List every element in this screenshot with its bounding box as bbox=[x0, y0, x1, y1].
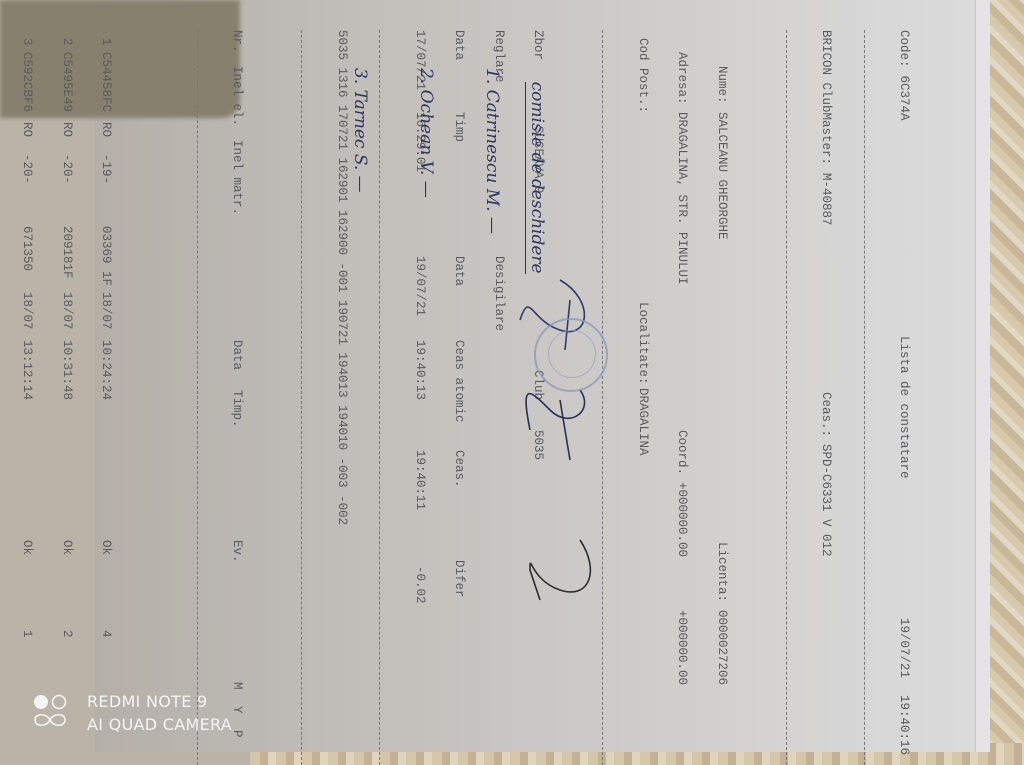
background-tablecloth bbox=[984, 0, 1024, 765]
coord-label: Coord. bbox=[675, 430, 688, 475]
cell-inel-el: C54458FC bbox=[99, 52, 112, 112]
divider bbox=[301, 30, 302, 765]
coord-lon: +000000.00 bbox=[675, 610, 688, 685]
report-header: Code: 6C374A Lista de constatare 19/07/2… bbox=[897, 30, 910, 765]
coord-lat: +000000.00 bbox=[675, 482, 688, 557]
name-label: Nume: bbox=[715, 66, 728, 104]
table-row: 1 C54458FC RO -19- 03369 1F 18/07 10:24:… bbox=[99, 30, 112, 765]
cell-inel-el: C592CBF6 bbox=[20, 52, 33, 112]
difer-label: Difer bbox=[452, 560, 465, 598]
locality-value: DRAGALINA bbox=[636, 388, 649, 456]
print-date: 19/07/21 bbox=[897, 618, 910, 678]
clock-label: Ceas.: bbox=[819, 392, 832, 437]
cell-matr: 03369 1F bbox=[99, 226, 112, 286]
cell-data: 18/07 bbox=[60, 292, 73, 330]
clubmaster-label: BRICON ClubMaster: bbox=[819, 30, 832, 165]
license-label: Licenta: bbox=[715, 542, 728, 602]
report-title: Lista de constatare bbox=[897, 336, 910, 479]
cell-year: -19- bbox=[99, 154, 112, 184]
ceas: 19:40:11 bbox=[412, 450, 425, 510]
paper-edge bbox=[975, 0, 990, 752]
handwritten-member: 3. Tarnec S. — bbox=[349, 60, 371, 274]
table-row: 3 C592CBF6 RO -20- 671350 18/07 13:12:14… bbox=[20, 30, 33, 765]
watermark-text: REDMI NOTE 9 AI QUAD CAMERA bbox=[87, 690, 232, 736]
cell-country: RO bbox=[99, 122, 112, 137]
stamp-inner-ring bbox=[548, 330, 596, 378]
owner-name-line: Nume: SALCEANU GHEORGHE Licenta: 0000027… bbox=[715, 30, 728, 765]
difer: -0.02 bbox=[412, 566, 425, 604]
cell-country: RO bbox=[60, 122, 73, 137]
crescator-signature bbox=[520, 530, 600, 610]
col-timp: Timp. bbox=[230, 390, 243, 428]
cell-inel-el: C5495E49 bbox=[60, 52, 73, 112]
cell-m: 4 bbox=[99, 630, 112, 638]
col-data: Data bbox=[230, 340, 243, 370]
cell-m: 2 bbox=[60, 630, 73, 638]
divider bbox=[602, 30, 603, 765]
cell-timp: 10:31:48 bbox=[60, 340, 73, 400]
divider bbox=[786, 30, 787, 765]
cell-nr: 2 bbox=[60, 38, 73, 46]
cell-year: -20- bbox=[20, 154, 33, 184]
watermark-model: REDMI NOTE 9 bbox=[87, 690, 232, 713]
printed-report: Code: 6C374A Lista de constatare 19/07/2… bbox=[540, 30, 950, 765]
address-value: DRAGALINA, STR. PINULUI bbox=[675, 112, 688, 285]
col-inel-matr: Inel matr. bbox=[230, 140, 243, 215]
cell-nr: 3 bbox=[20, 38, 33, 46]
cell-m: 1 bbox=[20, 630, 33, 638]
owner-postal-line: Cod Post.: Localitate: DRAGALINA bbox=[636, 30, 649, 765]
cell-matr: 671350 bbox=[20, 226, 33, 271]
code-label: Code: bbox=[897, 30, 910, 68]
locality-label: Localitate: bbox=[636, 302, 649, 385]
cell-year: -20- bbox=[60, 154, 73, 184]
clock-value: SPD-C6331 V 012 bbox=[819, 444, 832, 557]
ceas-atomic: 19:40:13 bbox=[412, 340, 425, 400]
address-label: Adresa: bbox=[675, 52, 688, 105]
cell-matr: 209181F bbox=[60, 226, 73, 279]
owner-address-line: Adresa: DRAGALINA, STR. PINULUI Coord. +… bbox=[675, 30, 688, 765]
cell-ev: Ok bbox=[20, 540, 33, 555]
handwritten-member: 1. Catrinescu M. — bbox=[481, 60, 503, 274]
cell-timp: 13:12:14 bbox=[20, 340, 33, 400]
table-header: Nr. Inel el. Inel matr. Data Timp. Ev. M… bbox=[230, 30, 243, 765]
name-value: SALCEANU GHEORGHE bbox=[715, 112, 728, 240]
handwritten-heading: comisie de deschidere bbox=[525, 82, 548, 274]
ceas-atomic-label: Ceas atomic bbox=[452, 340, 465, 423]
watermark-camera: AI QUAD CAMERA bbox=[87, 713, 232, 736]
cell-data: 18/07 bbox=[99, 292, 112, 330]
table-body: 1 C54458FC RO -19- 03369 1F 18/07 10:24:… bbox=[0, 30, 139, 765]
table-row: 2 C5495E49 RO -20- 209181F 18/07 10:31:4… bbox=[60, 30, 73, 765]
divider bbox=[197, 30, 198, 765]
cell-timp: 10:24:24 bbox=[99, 340, 112, 400]
code-value: 6C374A bbox=[897, 76, 910, 121]
zbor-label: Zbor bbox=[531, 30, 544, 60]
cell-country: RO bbox=[20, 122, 33, 137]
cell-data: 18/07 bbox=[20, 292, 33, 330]
ceas-label: Ceas. bbox=[452, 450, 465, 488]
cell-ev: Ok bbox=[99, 540, 112, 555]
print-time: 19:40:16 bbox=[897, 695, 910, 755]
handwritten-member: 2. Ochean V. — bbox=[415, 60, 437, 274]
divider bbox=[864, 30, 865, 765]
license-value: 0000027206 bbox=[715, 610, 728, 685]
clubmaster-value: M-40887 bbox=[819, 173, 832, 226]
postal-label: Cod Post.: bbox=[636, 38, 649, 113]
reglare-data-label: Data bbox=[452, 30, 465, 60]
clubmaster-line: BRICON ClubMaster: M-40887 Ceas.: SPD-C6… bbox=[819, 30, 832, 765]
col-m: M bbox=[230, 682, 243, 690]
club-stamp bbox=[534, 318, 608, 392]
col-nr: Nr. bbox=[230, 30, 243, 53]
cell-nr: 1 bbox=[99, 38, 112, 46]
camera-logo-icon bbox=[32, 693, 72, 733]
cell-ev: Ok bbox=[60, 540, 73, 555]
handwritten-note: comisie de deschidere 1. Catrinescu M. —… bbox=[305, 60, 570, 274]
col-inel-el: Inel el. bbox=[230, 66, 243, 126]
col-ev: Ev. bbox=[230, 540, 243, 563]
